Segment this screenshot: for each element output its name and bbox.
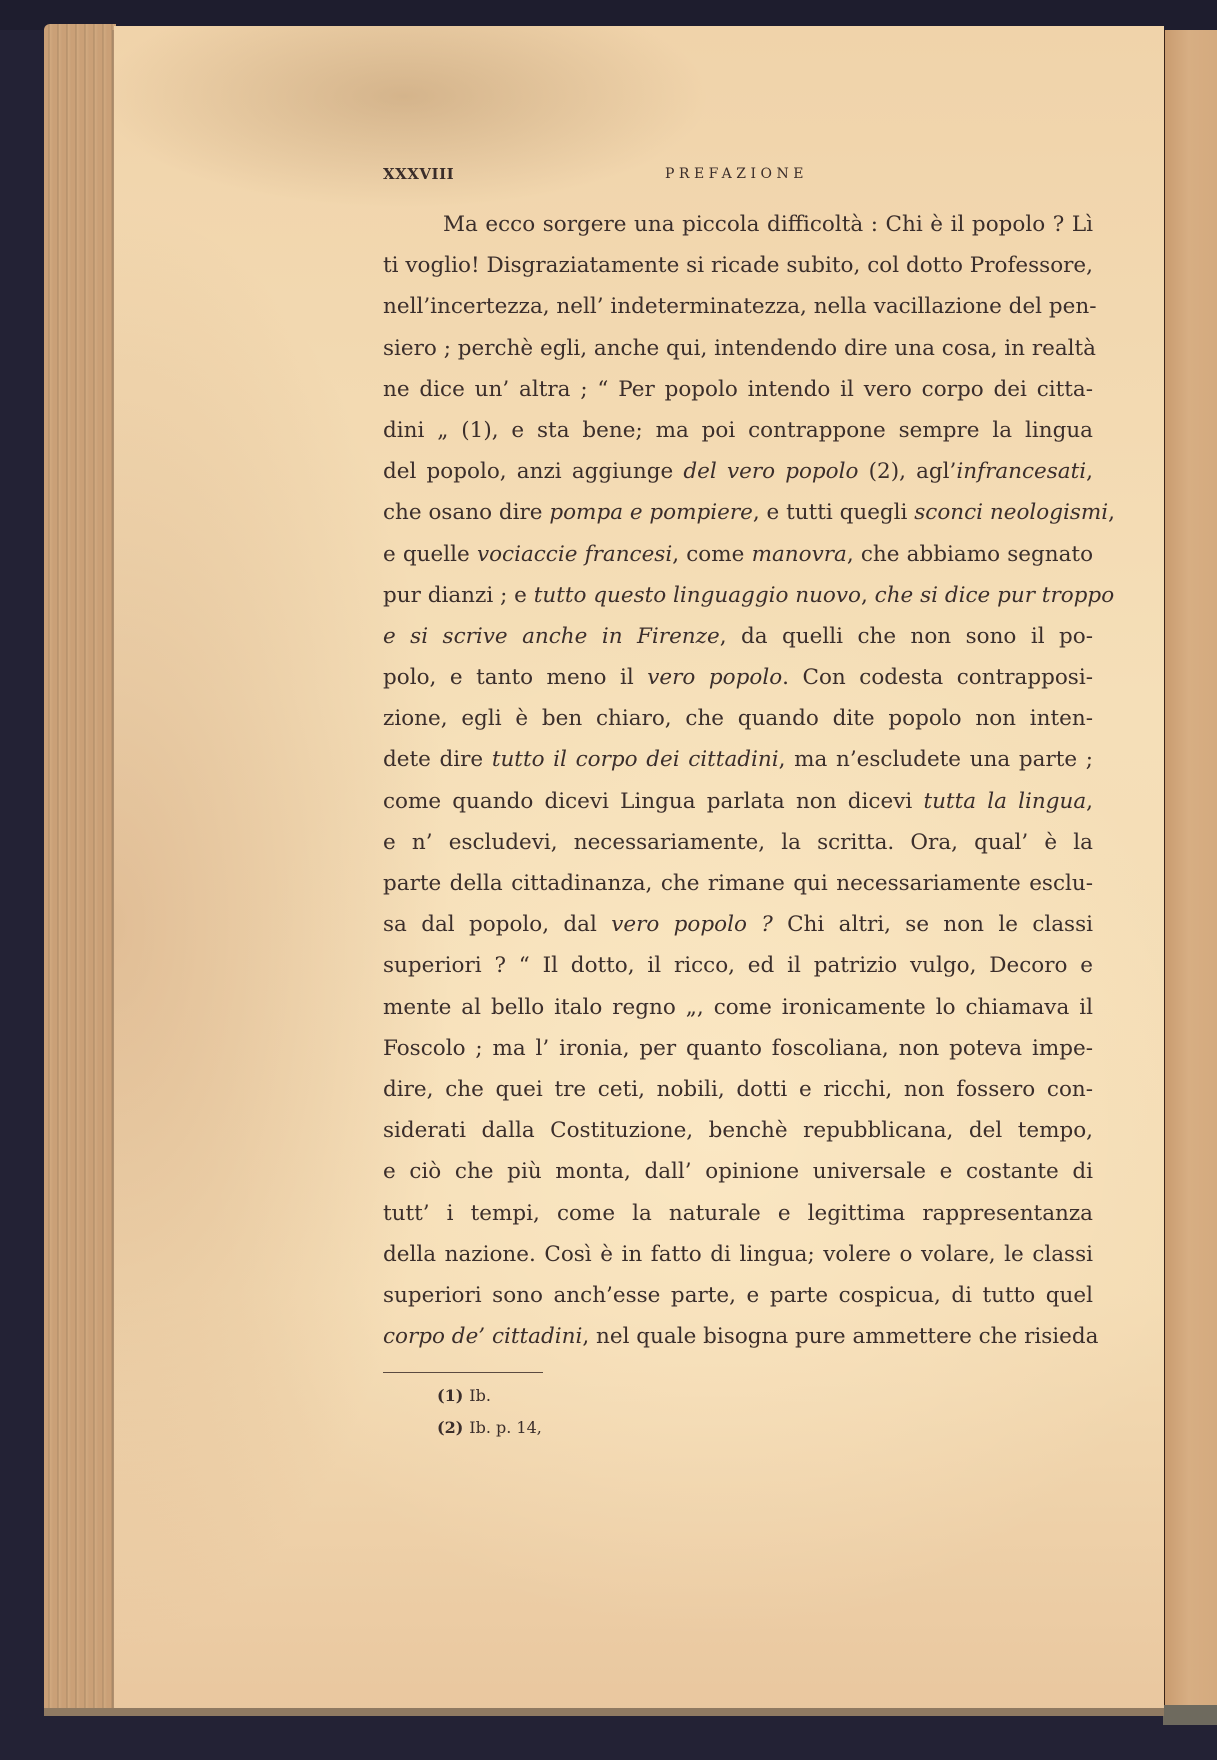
text-run: parte della cittadinanza, che rimane qui…: [383, 871, 1093, 896]
text-run: , che abbiamo segnato: [847, 542, 1093, 567]
italic-phrase: tutta la lingua: [923, 789, 1086, 814]
page-number: XXXVIII: [383, 165, 454, 183]
text-line: polo, e tanto meno il vero popolo. Con c…: [383, 657, 1093, 698]
facing-page-bottom: [1163, 1705, 1217, 1725]
text-run: del popolo, anzi aggiunge: [383, 459, 683, 484]
page-fold-line: [112, 30, 114, 1710]
text-run: Foscolo ; ma l’ ironia, per quanto fosco…: [383, 1036, 1093, 1061]
text-line: superiori ? “ Il dotto, il ricco, ed il …: [383, 945, 1093, 986]
text-line: Ma ecco sorgere una piccola difficoltà :…: [383, 204, 1093, 245]
text-run: e quelle: [383, 542, 477, 567]
text-run: , nel quale bisogna pure ammettere che r…: [582, 1324, 1098, 1349]
italic-phrase: manovra: [752, 542, 847, 567]
italic-phrase: vociaccie francesi: [477, 542, 672, 567]
text-run: superiori sono anch’esse parte, e parte …: [383, 1283, 1093, 1308]
italic-phrase: sconci neologismi: [914, 500, 1108, 525]
text-line: siderati dalla Costituzione, benchè repu…: [383, 1110, 1093, 1151]
text-run: ne dice un’ altra ; “ Per popolo intendo…: [383, 377, 1093, 402]
text-run: ,: [1086, 459, 1093, 484]
italic-phrase: che si dice pur troppo: [875, 583, 1114, 608]
text-run: ,: [1108, 500, 1115, 525]
text-run: tutt’ i tempi, come la naturale e legitt…: [383, 1201, 1093, 1226]
text-run: , ma n’escludete una parte ;: [779, 747, 1093, 772]
italic-phrase: vero popolo ?: [611, 912, 773, 937]
italic-phrase: infrancesati: [956, 459, 1086, 484]
text-line: come quando dicevi Lingua parlata non di…: [383, 781, 1093, 822]
text-run: Ma ecco sorgere una piccola difficoltà :…: [443, 212, 1093, 237]
text-line: pur dianzi ; e tutto questo linguaggio n…: [383, 575, 1093, 616]
text-run: , come: [672, 542, 751, 567]
text-line: ti voglio! Disgraziatamente si ricade su…: [383, 245, 1093, 286]
text-run: Chi altri, se non le classi: [773, 912, 1093, 937]
text-line: dete dire tutto il corpo dei cittadini, …: [383, 739, 1093, 780]
text-run: polo, e tanto meno il: [383, 665, 647, 690]
text-line: siero ; perchè egli, anche qui, intenden…: [383, 328, 1093, 369]
running-title: PREFAZIONE: [665, 166, 808, 182]
text-line: tutt’ i tempi, come la naturale e legitt…: [383, 1193, 1093, 1234]
footnote: (1)Ib.: [437, 1380, 542, 1412]
text-line: parte della cittadinanza, che rimane qui…: [383, 863, 1093, 904]
text-run: che osano dire: [383, 500, 549, 525]
footnote-number: (2): [437, 1418, 463, 1437]
text-line: corpo de’ cittadini, nel quale bisogna p…: [383, 1316, 1093, 1357]
text-line: dire, che quei tre ceti, nobili, dotti e…: [383, 1069, 1093, 1110]
running-head: XXXVIII PREFAZIONE: [383, 165, 1093, 187]
text-line: Foscolo ; ma l’ ironia, per quanto fosco…: [383, 1028, 1093, 1069]
body-text: Ma ecco sorgere una piccola difficoltà :…: [383, 204, 1093, 1357]
footnotes: (1)Ib.(2)Ib. p. 14,: [437, 1380, 542, 1444]
text-run: ,: [861, 583, 875, 608]
text-line: nell’incertezza, nell’ indeterminatezza,…: [383, 286, 1093, 327]
text-run: ,: [1086, 789, 1093, 814]
text-line: e ciò che più monta, dall’ opinione univ…: [383, 1151, 1093, 1192]
text-line: del popolo, anzi aggiunge del vero popol…: [383, 451, 1093, 492]
text-line: ne dice un’ altra ; “ Per popolo intendo…: [383, 369, 1093, 410]
page-stack-edge: [44, 24, 116, 1714]
footnote-text: Ib.: [469, 1386, 491, 1405]
text-run: dete dire: [383, 747, 492, 772]
italic-phrase: tutto questo linguaggio nuovo: [534, 583, 861, 608]
text-run: nell’incertezza, nell’ indeterminatezza,…: [383, 294, 1096, 319]
italic-phrase: pompa e pompiere: [549, 500, 753, 525]
italic-phrase: corpo de’ cittadini: [383, 1324, 582, 1349]
text-run: mente al bello italo regno „, come ironi…: [383, 995, 1093, 1020]
text-line: e n’ escludevi, necessariamente, la scri…: [383, 822, 1093, 863]
text-line: superiori sono anch’esse parte, e parte …: [383, 1275, 1093, 1316]
italic-phrase: e si scrive anche in Firenze: [383, 624, 720, 649]
italic-phrase: del vero popolo: [683, 459, 858, 484]
footnote-text: Ib. p. 14,: [469, 1418, 542, 1437]
footnote-number: (1): [437, 1386, 463, 1405]
text-line: sa dal popolo, dal vero popolo ? Chi alt…: [383, 904, 1093, 945]
page-bottom-edge: [44, 1708, 1164, 1716]
italic-phrase: vero popolo: [647, 665, 782, 690]
text-run: , e tutti quegli: [753, 500, 914, 525]
text-line: che osano dire pompa e pompiere, e tutti…: [383, 492, 1093, 533]
italic-phrase: tutto il corpo dei cittadini: [492, 747, 779, 772]
text-line: e quelle vociaccie francesi, come manovr…: [383, 534, 1093, 575]
facing-page-edge: [1163, 30, 1217, 1720]
text-run: dini „ (1), e sta bene; ma poi contrappo…: [383, 418, 1093, 443]
text-line: della nazione. Così è in fatto di lingua…: [383, 1234, 1093, 1275]
footnote: (2)Ib. p. 14,: [437, 1412, 542, 1444]
text-run: dire, che quei tre ceti, nobili, dotti e…: [383, 1077, 1093, 1102]
text-run: e n’ escludevi, necessariamente, la scri…: [383, 830, 1093, 855]
text-run: come quando dicevi Lingua parlata non di…: [383, 789, 923, 814]
footnote-rule: [383, 1372, 543, 1373]
text-run: ti voglio! Disgraziatamente si ricade su…: [383, 253, 1093, 278]
text-run: della nazione. Così è in fatto di lingua…: [383, 1242, 1093, 1267]
text-run: e ciò che più monta, dall’ opinione univ…: [383, 1159, 1093, 1184]
text-run: (2), agl’: [858, 459, 956, 484]
text-run: siderati dalla Costituzione, benchè repu…: [383, 1118, 1093, 1143]
text-run: siero ; perchè egli, anche qui, intenden…: [383, 336, 1096, 361]
text-line: zione, egli è ben chiaro, che quando dit…: [383, 698, 1093, 739]
text-line: mente al bello italo regno „, come ironi…: [383, 987, 1093, 1028]
text-run: pur dianzi ; e: [383, 583, 534, 608]
text-line: dini „ (1), e sta bene; ma poi contrappo…: [383, 410, 1093, 451]
text-run: . Con codesta contrapposi-: [782, 665, 1093, 690]
text-line: e si scrive anche in Firenze, da quelli …: [383, 616, 1093, 657]
text-run: zione, egli è ben chiaro, che quando dit…: [383, 706, 1093, 731]
text-run: , da quelli che non sono il po-: [720, 624, 1093, 649]
text-run: sa dal popolo, dal: [383, 912, 611, 937]
text-run: superiori ? “ Il dotto, il ricco, ed il …: [383, 953, 1093, 978]
